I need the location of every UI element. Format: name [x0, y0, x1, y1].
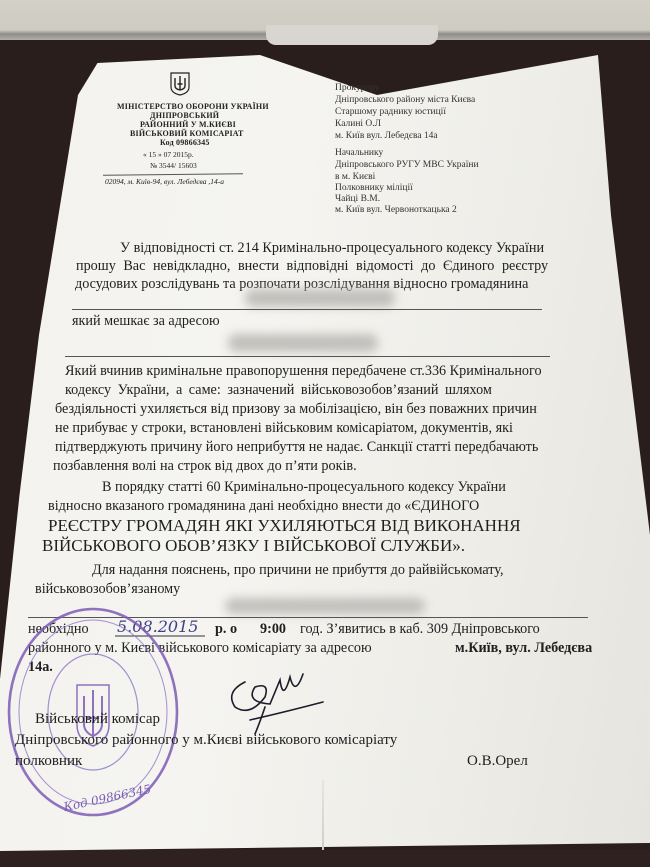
signatory-office: Дніпровського районного у м.Києві військ… [15, 733, 397, 748]
svg-text:Код 09866345: Код 09866345 [61, 782, 152, 814]
desk-surface [0, 850, 650, 867]
body-line: РЕЄСТРУ ГРОМАДЯН ЯКІ УХИЛЯЮТЬСЯ ВІД ВИКО… [48, 517, 521, 534]
redacted-citizen-name-2 [225, 598, 425, 614]
appearance-r: р. о [215, 622, 237, 636]
org-line: ВІЙСЬКОВИЙ КОМІСАРІАТ [130, 130, 244, 138]
appearance-address: м.Київ, вул. Лебедєва [455, 641, 592, 655]
body-line: У відповідності ст. 214 Кримінально-проц… [120, 241, 544, 255]
recipient-line: Начальнику [335, 149, 383, 159]
outgoing-date: « 15 » 07 2015р. [143, 151, 194, 159]
org-code: Код 09866345 [160, 139, 210, 147]
recipient-line: Калині О.Л [335, 120, 381, 130]
org-line: МІНІСТЕРСТВО ОБОРОНИ УКРАЇНИ [117, 103, 269, 111]
body-line: підтверджують причину його неприбуття не… [55, 440, 538, 454]
signatory-name: О.В.Орел [467, 754, 528, 769]
recipient-line: Прокурору [335, 84, 379, 94]
recipient-line: Чайці В.М. [335, 195, 380, 205]
body-line: позбавлення волі на строк від двох до п’… [53, 459, 357, 473]
body-line: бездіяльності ухиляється від призову за … [55, 402, 537, 416]
body-line: Для надання пояснень, про причини не при… [92, 563, 504, 577]
recipient-line: в м. Києві [335, 173, 375, 183]
citizen-address-underline [65, 356, 550, 357]
commissar-signature [215, 662, 335, 737]
recipient-line: Дніпровського РУГУ МВС України [335, 161, 479, 171]
signatory-rank: полковник [15, 754, 82, 769]
residence-label: який мешкає за адресою [72, 314, 220, 328]
redacted-citizen-address [228, 334, 378, 352]
body-line: відносно вказаного громадянина дані необ… [48, 499, 479, 513]
recipient-line: Дніпровського району міста Києва [335, 96, 475, 106]
recipient-line: м. Київ вул. Лебедєва 14а [335, 132, 438, 142]
org-line: РАЙОННИЙ У М.КИЄВІ [140, 121, 236, 129]
body-line: В порядку статті 60 Кримінально-процесуа… [102, 480, 506, 494]
recipient-line: м. Київ вул. Червоноткацька 2 [335, 206, 457, 216]
body-line: не прибуває у строки, встановлені військ… [55, 421, 513, 435]
paper-fold [322, 780, 324, 850]
body-line: Який вчинив кримінальне правопорушення п… [65, 364, 542, 378]
recipient-line: Полковнику міліції [335, 184, 413, 194]
org-line: ДНІПРОВСЬКИЙ [150, 112, 219, 120]
trident-coat-of-arms-icon [170, 72, 190, 96]
body-line: ВІЙСЬКОВОГО ОБОВ’ЯЗКУ І ВІЙСЬКОВОЇ СЛУЖБ… [42, 537, 465, 554]
redacted-citizen-name [245, 289, 395, 307]
body-line: військовозобов’язаному [35, 582, 180, 596]
commissariat-address: 02094, м. Київ-94, вул. Лебедєва ,14-а [105, 178, 224, 186]
appearance-time: 9:00 [260, 622, 286, 636]
appearance-instruction: год. З’явитись в каб. 309 Дніпровського [300, 622, 540, 636]
citizen-name-underline [72, 309, 542, 310]
signatory-title: Військовий комісар [35, 712, 160, 727]
body-line: кодексу України, а саме: зазначений війс… [65, 383, 492, 397]
body-line: прошу Вас невідкладно, внести відповідні… [76, 259, 548, 273]
outgoing-number: № 3544/ 15603 [150, 162, 197, 170]
monitor-bezel-notch [266, 25, 438, 45]
recipient-line: Старшому раднику юстиції [335, 108, 446, 118]
